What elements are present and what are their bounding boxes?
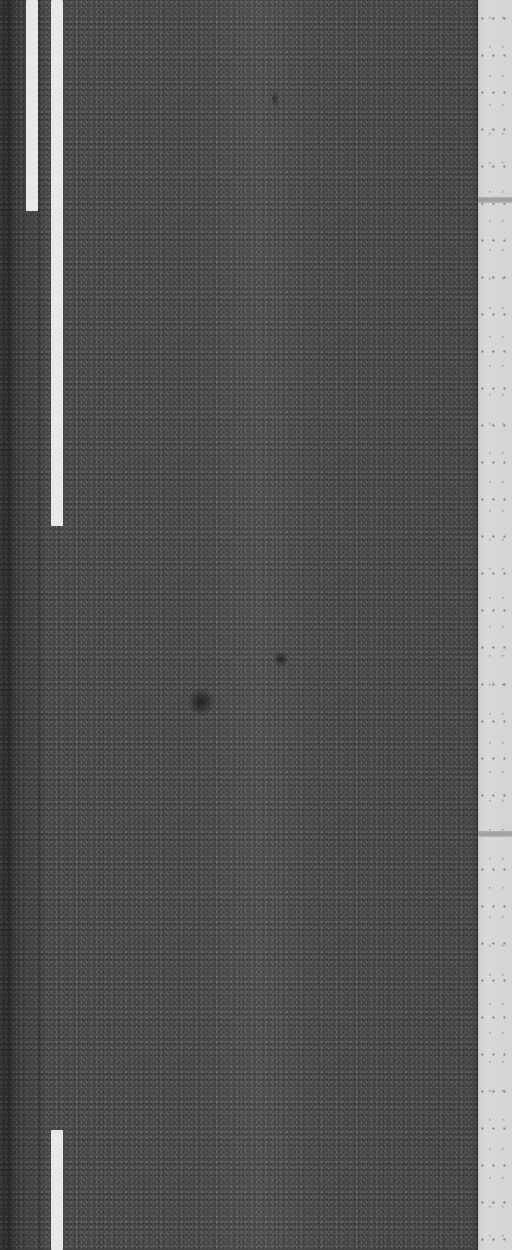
concrete-curb	[478, 0, 512, 1250]
curb-expansion-joint	[478, 831, 512, 837]
curb-expansion-joint	[478, 197, 512, 203]
asphalt-surface	[0, 0, 478, 1250]
wheel-track-shadow	[2, 0, 16, 1250]
asphalt-stain	[272, 88, 278, 110]
asphalt-stain	[186, 688, 216, 716]
curb-edge-shadow	[476, 0, 479, 1250]
asphalt-stain	[274, 650, 288, 668]
road-aerial-photo	[0, 0, 512, 1250]
lane-marking-left-short	[26, 0, 38, 211]
lane-marking-left-long	[51, 0, 63, 526]
lane-marking-dash-bottom	[51, 1130, 63, 1250]
